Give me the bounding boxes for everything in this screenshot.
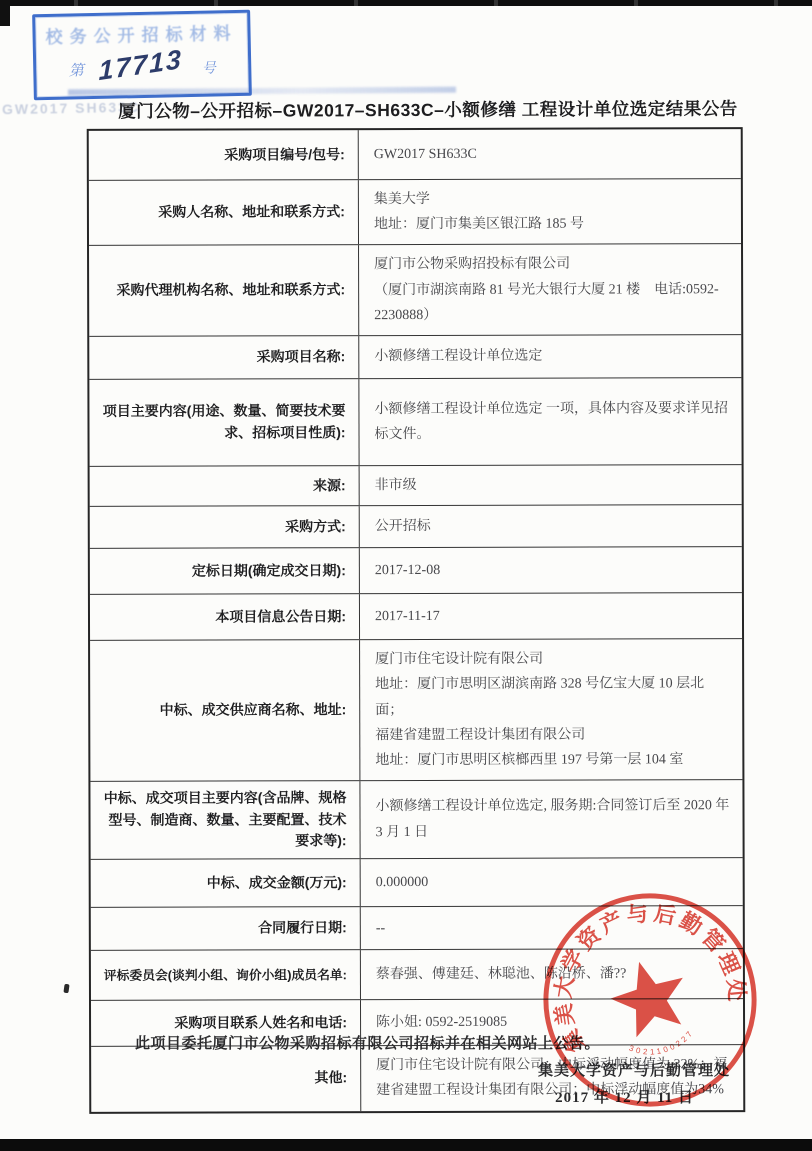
row-label: 中标、成交金额(万元): <box>91 859 361 907</box>
row-value: 厦门市公物采购招投标有限公司 （厦门市湖滨南路 81 号光大银行大厦 21 楼 … <box>359 245 741 336</box>
row-value: -- <box>361 906 743 949</box>
row-label: 中标、成交项目主要内容(含品牌、规格型号、制造商、数量、主要配置、技术要求等): <box>90 781 360 859</box>
registry-number-handwritten: 17713 <box>99 44 183 87</box>
table-row: 中标、成交供应商名称、地址: 厦门市住宅设计院有限公司 地址：厦门市思明区湖滨南… <box>90 638 742 781</box>
table-row: 评标委员会(谈判小组、询价小组)成员名单: 蔡春强、傅建廷、林聪池、陈沿桥、潘?… <box>91 948 743 1000</box>
table-row: 本项目信息公告日期: 2017-11-17 <box>90 592 742 640</box>
registry-stamp-text: 校务公开招标材料 <box>35 19 247 48</box>
row-label: 采购人名称、地址和联系方式: <box>89 180 359 245</box>
footer-note: 此项目委托厦门市公物采购招标有限公司招标并在相关网站上公告。 <box>135 1032 600 1053</box>
row-value: 2017-11-17 <box>360 593 742 639</box>
table-row: 采购项目编号/包号: GW2017 SH633C <box>89 129 741 180</box>
row-value: GW2017 SH633C <box>359 129 741 179</box>
row-label: 合同履行日期: <box>91 907 361 950</box>
row-value: 0.000000 <box>361 858 743 906</box>
registry-number-suffix: 号 <box>202 59 216 75</box>
table-row: 来源: 非市级 <box>90 464 742 506</box>
table-row: 定标日期(确定成交日期): 2017-12-08 <box>90 546 742 594</box>
row-value: 小额修缮工程设计单位选定, 服务期:合同签订后至 2020 年 3 月 1 日 <box>360 780 742 858</box>
row-value: 厦门市住宅设计院有限公司 地址：厦门市思明区湖滨南路 328 号亿宝大厦 10 … <box>360 639 742 780</box>
scan-edge-corner <box>0 0 10 26</box>
table-row: 采购代理机构名称、地址和联系方式: 厦门市公物采购招投标有限公司 （厦门市湖滨南… <box>89 244 741 336</box>
row-value: 集美大学 地址：厦门市集美区银江路 185 号 <box>359 179 741 244</box>
scan-edge-top <box>0 0 812 6</box>
row-label: 采购项目名称: <box>89 336 359 379</box>
registry-number-row: 第 17713 号 <box>36 48 249 83</box>
scanned-document-page: 校务公开招标材料 第 17713 号 GW2017 SH633C 厦门公物–公开… <box>0 0 812 1151</box>
row-label: 中标、成交供应商名称、地址: <box>90 640 360 781</box>
row-value: 小额修缮工程设计单位选定 一项，具体内容及要求详见招标文件。 <box>359 378 741 465</box>
announcement-table: 采购项目编号/包号: GW2017 SH633C 采购人名称、地址和联系方式: … <box>87 127 746 1113</box>
table-row: 采购人名称、地址和联系方式: 集美大学 地址：厦门市集美区银江路 185 号 <box>89 178 741 245</box>
row-value: 公开招标 <box>360 505 742 547</box>
ink-speck-artifact <box>63 984 69 994</box>
table-row: 采购方式: 公开招标 <box>90 504 742 548</box>
table-row: 中标、成交项目主要内容(含品牌、规格型号、制造商、数量、主要配置、技术要求等):… <box>90 779 742 859</box>
row-label: 评标委员会(谈判小组、询价小组)成员名单: <box>91 950 361 1000</box>
row-value: 非市级 <box>360 465 742 505</box>
row-label: 定标日期(确定成交日期): <box>90 548 360 594</box>
row-value: 蔡春强、傅建廷、林聪池、陈沿桥、潘?? <box>361 949 743 999</box>
registry-stamp: 校务公开招标材料 第 17713 号 <box>32 10 252 101</box>
document-title: 厦门公物–公开招标–GW2017–SH633C–小额修缮 工程设计单位选定结果公… <box>0 95 812 124</box>
footer-date: 2017 年 12 月 11 日 <box>555 1086 694 1107</box>
row-value: 小额修缮工程设计单位选定 <box>359 335 741 378</box>
row-label: 采购方式: <box>90 506 360 548</box>
table-row: 合同履行日期: -- <box>91 905 743 950</box>
row-label: 来源: <box>90 466 360 506</box>
row-value: 2017-12-08 <box>360 547 742 593</box>
table-row: 中标、成交金额(万元): 0.000000 <box>91 857 743 907</box>
table-row: 采购项目名称: 小额修缮工程设计单位选定 <box>89 334 741 379</box>
row-label: 采购代理机构名称、地址和联系方式: <box>89 246 359 336</box>
row-label: 采购项目编号/包号: <box>89 130 359 180</box>
table-row: 项目主要内容(用途、数量、简要技术要求、招标项目性质): 小额修缮工程设计单位选… <box>89 377 741 466</box>
footer-signature: 集美大学资产与后勤管理处 <box>538 1059 730 1080</box>
row-label: 本项目信息公告日期: <box>90 594 360 640</box>
scan-edge-bottom <box>0 1139 812 1151</box>
row-label: 项目主要内容(用途、数量、简要技术要求、招标项目性质): <box>89 379 359 466</box>
registry-number-prefix: 第 <box>69 62 84 79</box>
row-label: 其他: <box>91 1046 361 1111</box>
